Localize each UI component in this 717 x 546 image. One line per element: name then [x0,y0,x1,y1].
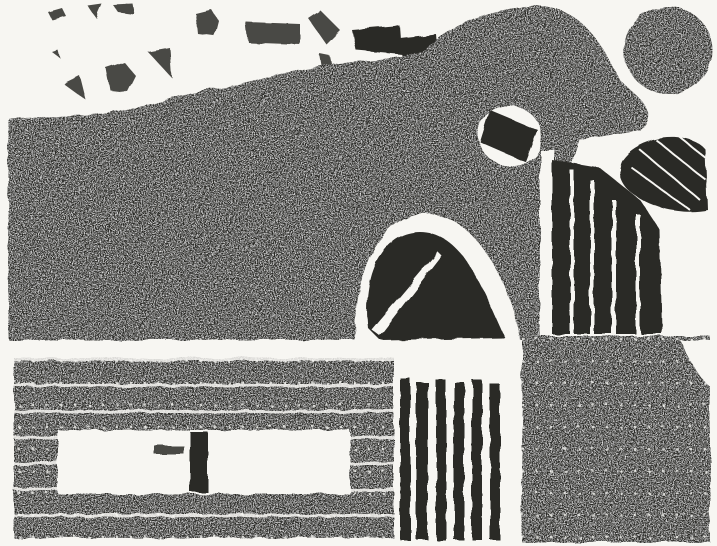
fragment-dark-1 [352,26,402,54]
vertical-stripes [396,368,516,540]
monotype-artwork [0,0,717,546]
sun-disc [624,6,712,94]
right-margin [662,212,717,340]
dotted-square [522,336,712,542]
window-post [190,432,208,492]
tower-gap [540,150,554,340]
striped-fence-block [14,358,394,538]
